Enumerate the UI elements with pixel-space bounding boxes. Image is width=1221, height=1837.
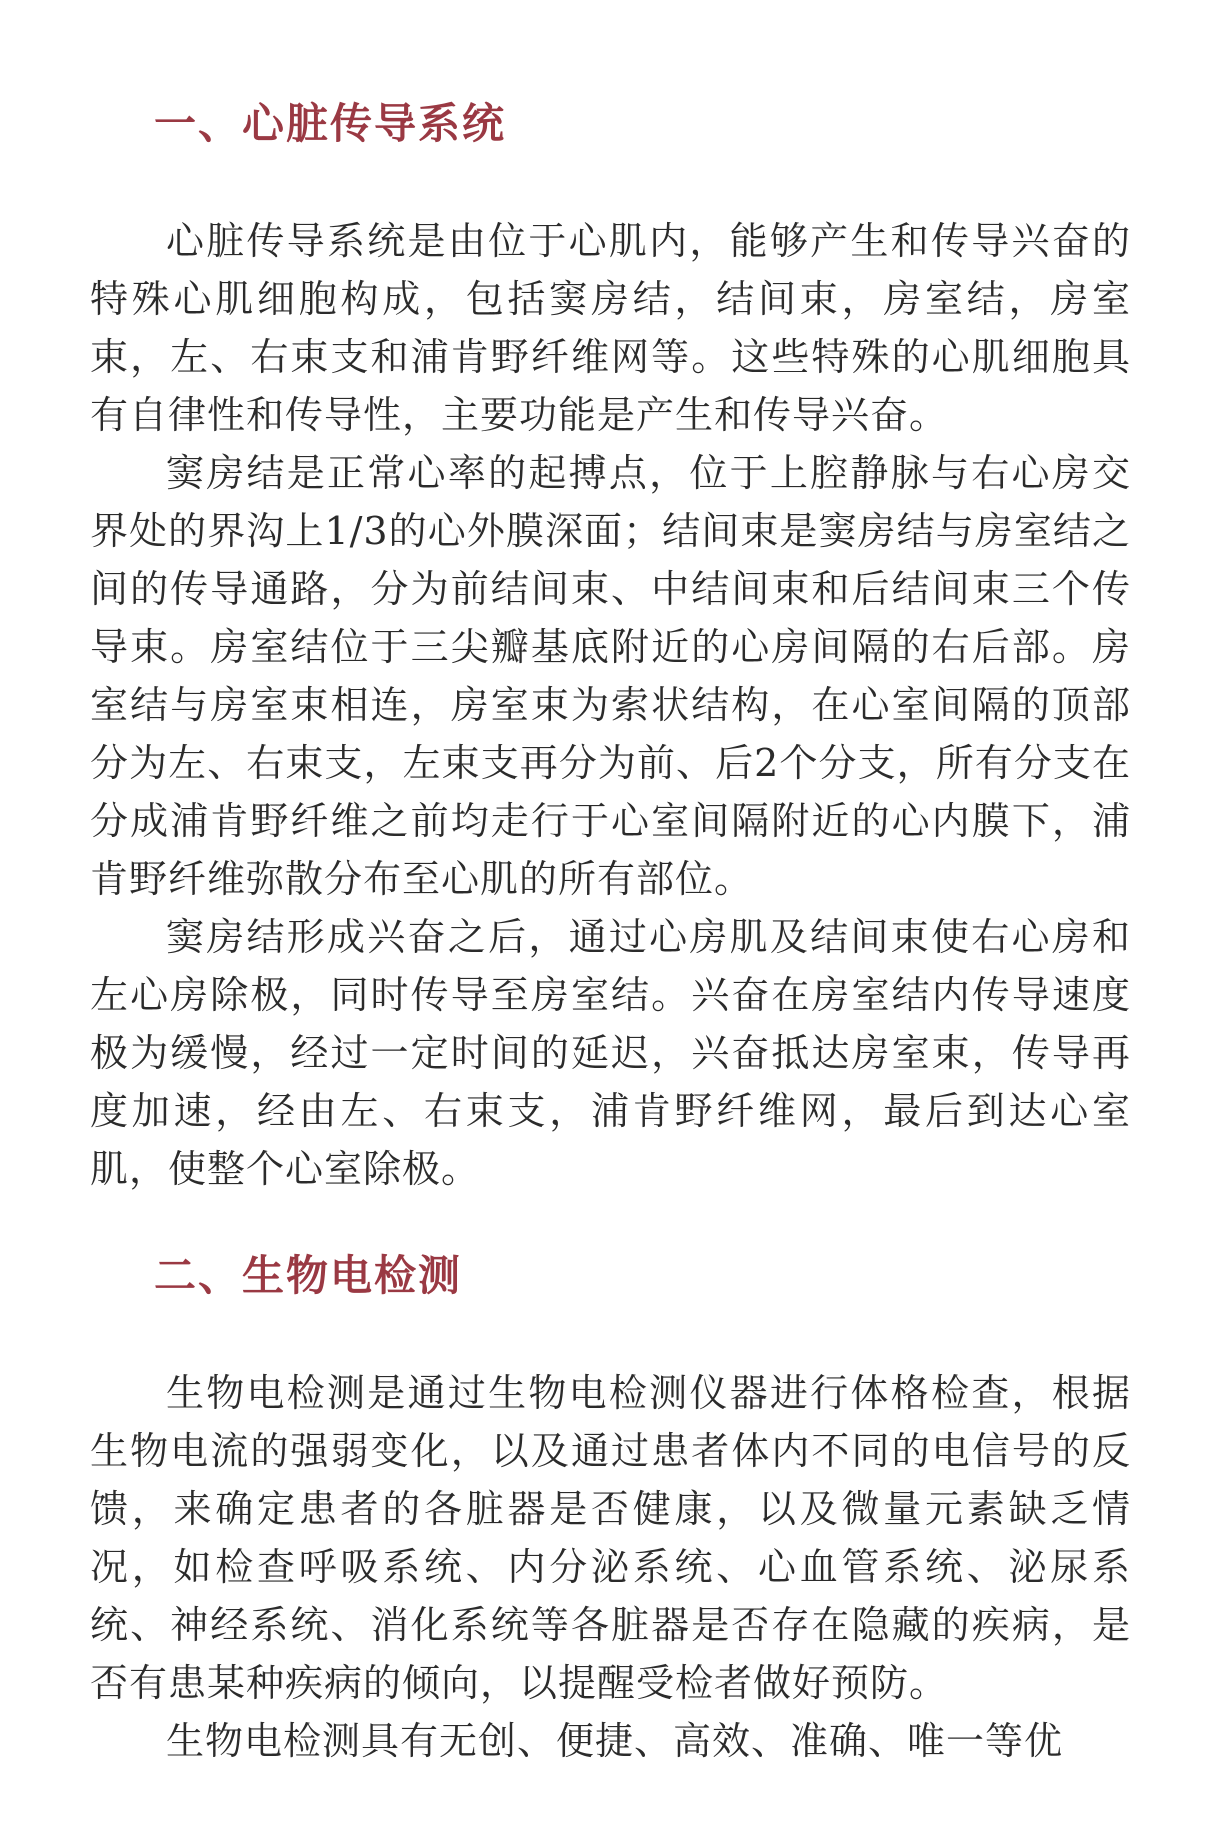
document-page: 一、心脏传导系统 心脏传导系统是由位于心肌内，能够产生和传导兴奋的特殊心肌细胞构… [0, 0, 1221, 1837]
body-paragraph: 窦房结形成兴奋之后，通过心房肌及结间束使右心房和左心房除极，同时传导至房室结。兴… [90, 908, 1131, 1198]
section-heading: 一、心脏传导系统 [154, 100, 1131, 148]
body-paragraph: 生物电检测是通过生物电检测仪器进行体格检查，根据生物电流的强弱变化，以及通过患者… [90, 1364, 1131, 1712]
body-paragraph: 生物电检测具有无创、便捷、高效、准确、唯一等优 [90, 1712, 1131, 1770]
section-cardiac-conduction: 一、心脏传导系统 心脏传导系统是由位于心肌内，能够产生和传导兴奋的特殊心肌细胞构… [90, 100, 1131, 1198]
body-paragraph: 心脏传导系统是由位于心肌内，能够产生和传导兴奋的特殊心肌细胞构成，包括窦房结，结… [90, 212, 1131, 444]
section-heading: 二、生物电检测 [154, 1252, 1131, 1300]
body-paragraph: 窦房结是正常心率的起搏点，位于上腔静脉与右心房交界处的界沟上1/3的心外膜深面；… [90, 444, 1131, 908]
section-bioelectric-detection: 二、生物电检测 生物电检测是通过生物电检测仪器进行体格检查，根据生物电流的强弱变… [90, 1252, 1131, 1770]
